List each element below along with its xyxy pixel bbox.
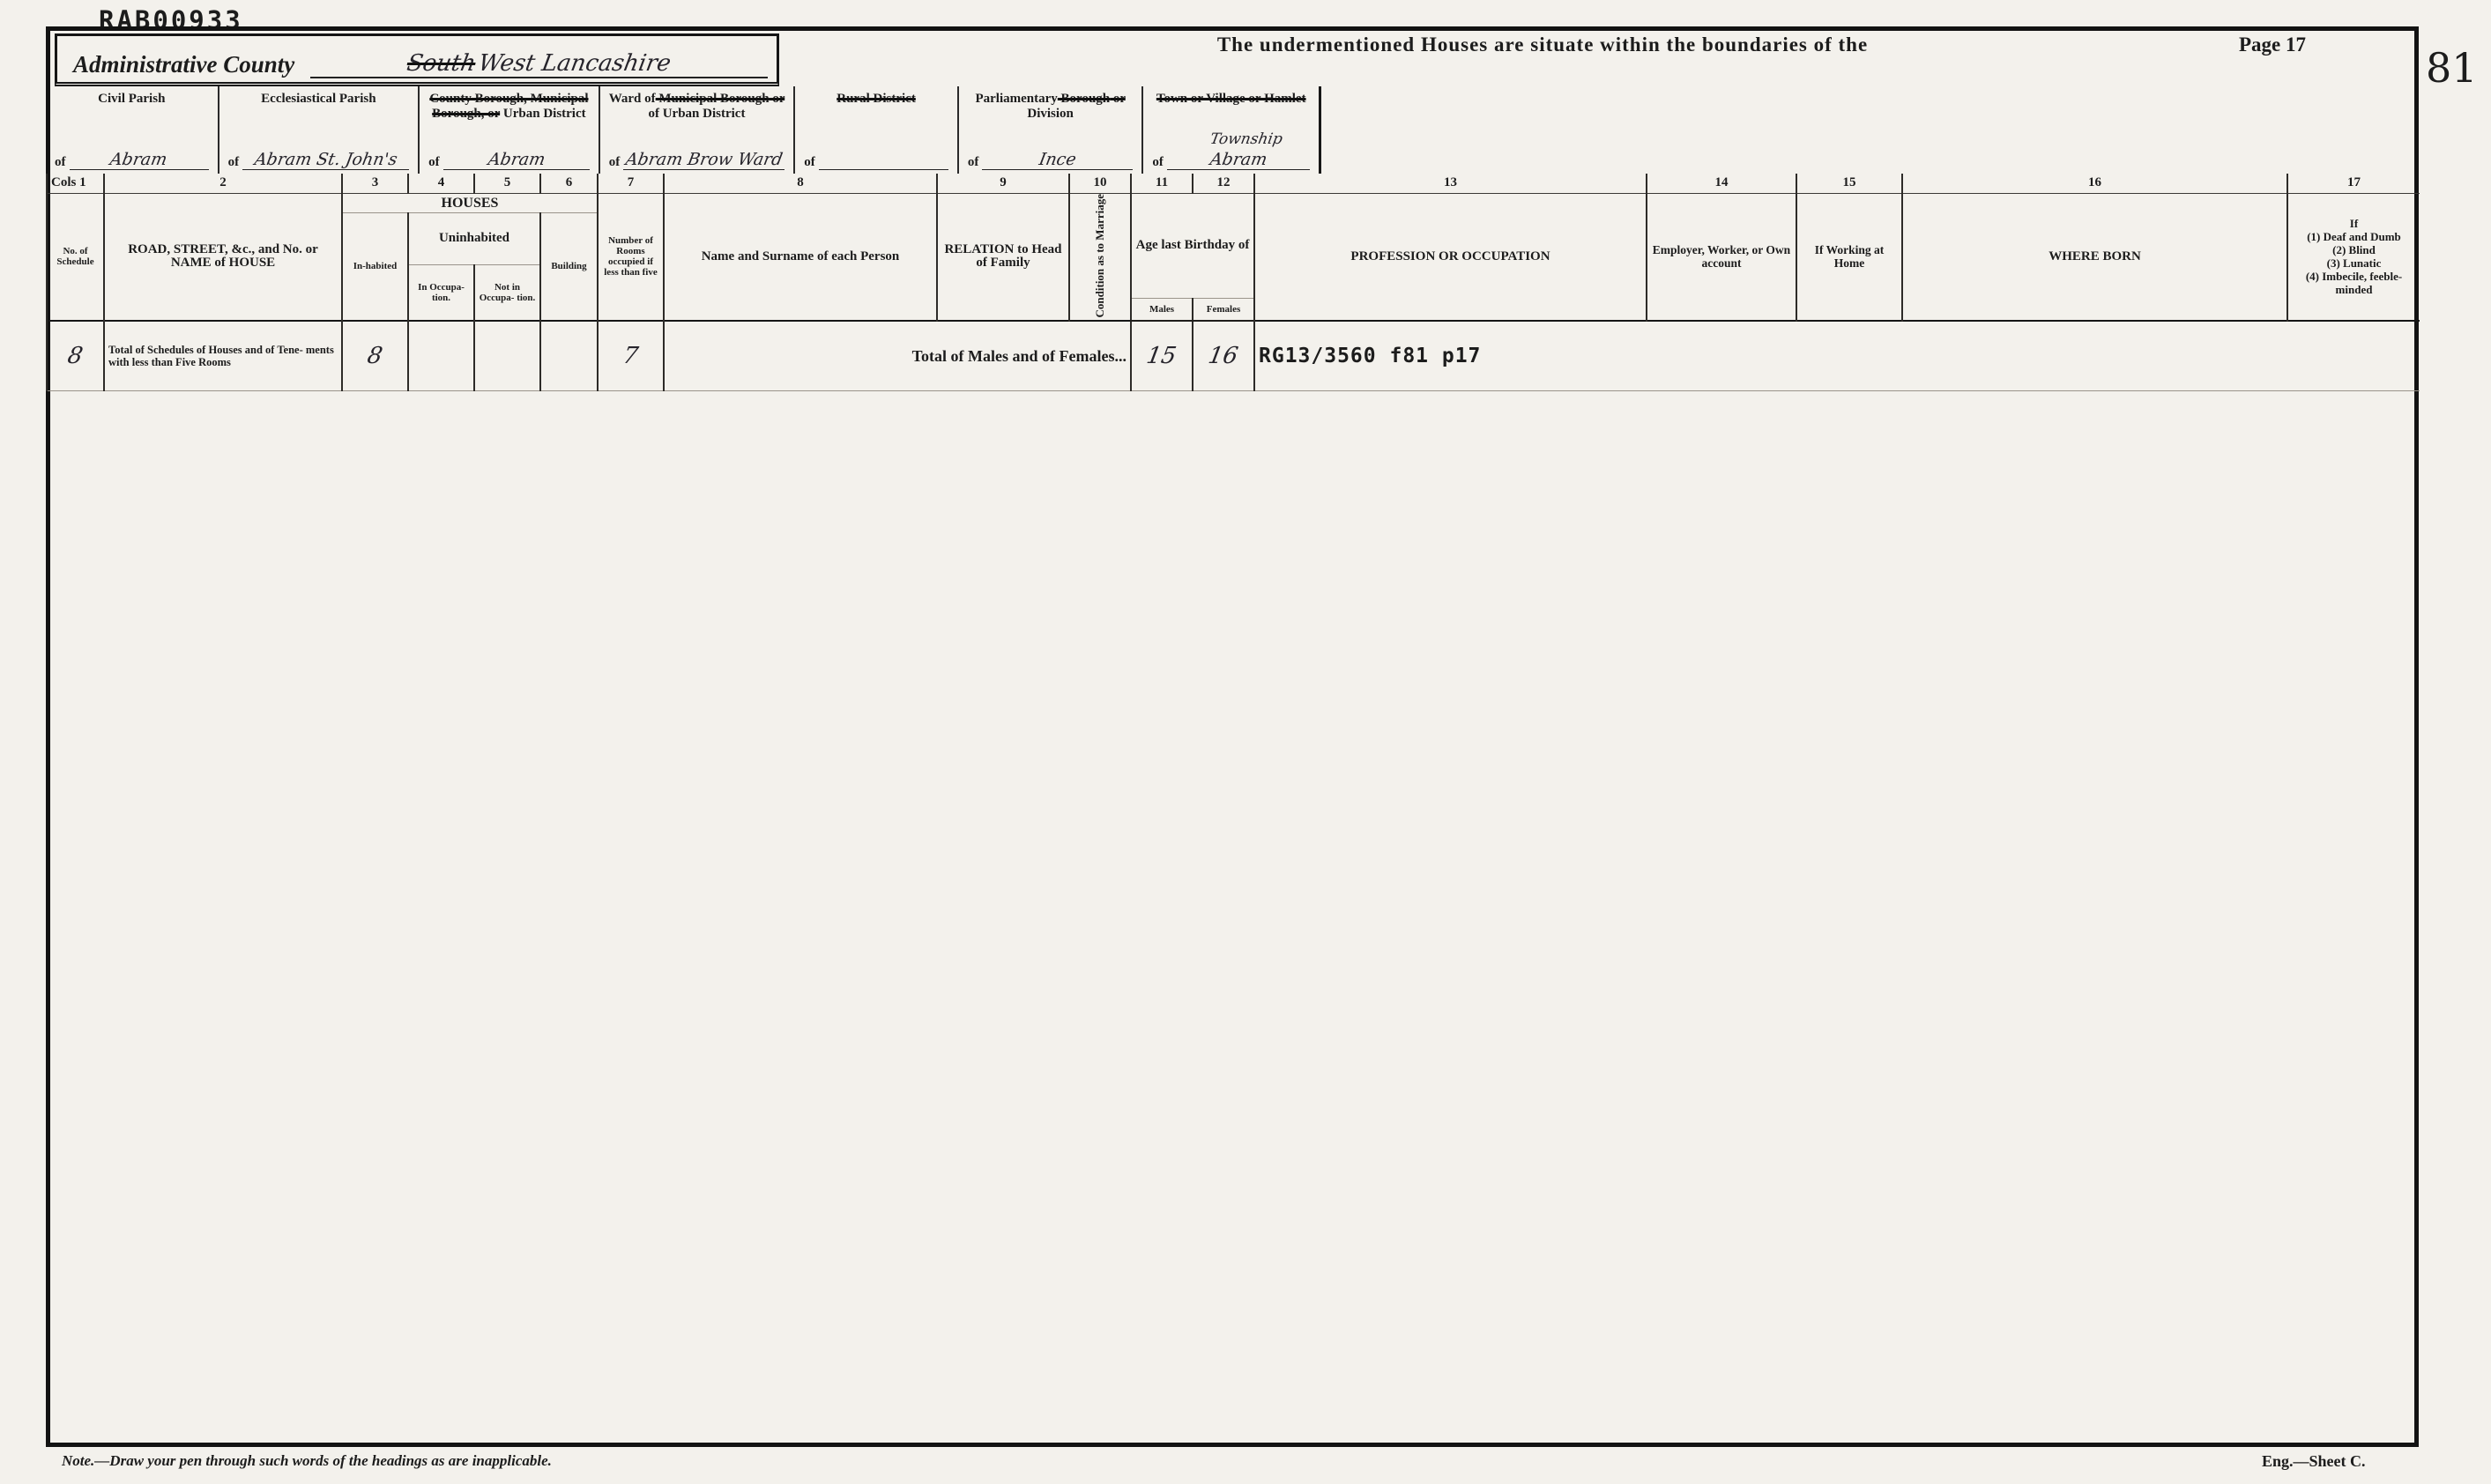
administrative-county-value: South West Lancashire bbox=[310, 50, 768, 78]
col-relation: RELATION to Head of Family bbox=[937, 193, 1069, 321]
district-value: ofAbram St. John's bbox=[223, 150, 415, 172]
totals-houses-label: Total of Schedules of Houses and of Tene… bbox=[104, 321, 342, 391]
column-numbers-row: Cols 12 34 56 78 910 1112 1314 1516 17 bbox=[47, 174, 2420, 193]
totals-females: 16 bbox=[1193, 321, 1254, 391]
col-females: Females bbox=[1193, 298, 1254, 321]
col-at-home: If Working at Home bbox=[1796, 193, 1902, 321]
situate-statement: The undermentioned Houses are situate wi… bbox=[881, 33, 2204, 56]
film-reference: RG13/3560 f81 p17 bbox=[1254, 321, 2420, 391]
district-section: Rural Districtof bbox=[793, 86, 957, 174]
district-label: Civil Parish bbox=[49, 92, 214, 107]
district-section: Town or Village or HamletofTownshipAbram bbox=[1141, 86, 1319, 174]
col-infirmity: If (1) Deaf and Dumb (2) Blind (3) Lunat… bbox=[2287, 193, 2420, 321]
col-inhabited: In-habited bbox=[342, 212, 408, 321]
census-table: Cols 12 34 56 78 910 1112 1314 1516 17 N… bbox=[46, 174, 2420, 391]
col-schedule: No. of Schedule bbox=[47, 193, 104, 321]
district-label: Town or Village or Hamlet bbox=[1147, 92, 1315, 107]
district-label: County Borough, Municipal Borough, or Ur… bbox=[423, 92, 595, 122]
page-number: Page 17 bbox=[2239, 33, 2306, 56]
col-males: Males bbox=[1131, 298, 1193, 321]
district-section: Ecclesiastical ParishofAbram St. John's bbox=[218, 86, 419, 174]
sheet-reference: Eng.—Sheet C. bbox=[2262, 1452, 2366, 1471]
census-scan-page: RAB00933 81 Administrative County South … bbox=[0, 0, 2491, 1484]
footer-note: Note.—Draw your pen through such words o… bbox=[62, 1452, 552, 1470]
col-in-occupation: In Occupa- tion. bbox=[408, 265, 474, 321]
totals-males-females-label: Total of Males and of Females... bbox=[664, 321, 1131, 391]
totals-row: 8 Total of Schedules of Houses and of Te… bbox=[47, 321, 2420, 391]
col-houses: HOUSES bbox=[342, 193, 598, 212]
col-building: Building bbox=[540, 212, 598, 321]
administrative-county-box: Administrative County South West Lancash… bbox=[55, 33, 779, 86]
col-where-born: WHERE BORN bbox=[1902, 193, 2287, 321]
col-rooms: Number of Rooms occupied if less than fi… bbox=[598, 193, 664, 321]
district-value: of bbox=[799, 154, 954, 172]
district-section: Civil ParishofAbram bbox=[46, 86, 218, 174]
col-condition: Condition as to Marriage bbox=[1069, 193, 1131, 321]
totals-inhabited: 8 bbox=[342, 321, 408, 391]
col-road-street: ROAD, STREET, &c., and No. or NAME of HO… bbox=[104, 193, 342, 321]
totals-rooms: 7 bbox=[598, 321, 664, 391]
catalog-reference: RAB00933 bbox=[99, 5, 243, 35]
district-value: ofAbram bbox=[49, 150, 214, 172]
district-label: Rural District bbox=[799, 92, 954, 107]
totals-schedules: 8 bbox=[47, 321, 104, 391]
col-employer: Employer, Worker, or Own account bbox=[1647, 193, 1796, 321]
census-column-headers: Cols 12 34 56 78 910 1112 1314 1516 17 N… bbox=[47, 174, 2420, 321]
district-section: County Borough, Municipal Borough, or Ur… bbox=[418, 86, 599, 174]
district-value: ofAbram Brow Ward bbox=[604, 150, 791, 172]
district-label: Ward of Municipal Borough or of Urban Di… bbox=[604, 92, 791, 122]
col-age: Age last Birthday of bbox=[1131, 193, 1254, 298]
district-value: ofInce bbox=[963, 150, 1139, 172]
totals-males: 15 bbox=[1131, 321, 1193, 391]
district-label: Ecclesiastical Parish bbox=[223, 92, 415, 107]
district-label: Parliamentary Borough or Division bbox=[963, 92, 1139, 122]
folio-number: 81 bbox=[2426, 44, 2478, 92]
district-value: ofTownshipAbram bbox=[1147, 150, 1315, 172]
census-totals: 8 Total of Schedules of Houses and of Te… bbox=[47, 321, 2420, 391]
district-value: ofAbram bbox=[423, 150, 595, 172]
district-header-band: Civil ParishofAbramEcclesiastical Parish… bbox=[46, 86, 1321, 174]
district-section: Ward of Municipal Borough or of Urban Di… bbox=[599, 86, 794, 174]
district-section: Parliamentary Borough or DivisionofInce bbox=[957, 86, 1142, 174]
administrative-county-label: Administrative County bbox=[73, 51, 294, 78]
col-profession: PROFESSION OR OCCUPATION bbox=[1254, 193, 1647, 321]
col-uninhabited: Uninhabited bbox=[408, 212, 540, 265]
col-not-in-occupation: Not in Occupa- tion. bbox=[474, 265, 540, 321]
col-name-surname: Name and Surname of each Person bbox=[664, 193, 937, 321]
